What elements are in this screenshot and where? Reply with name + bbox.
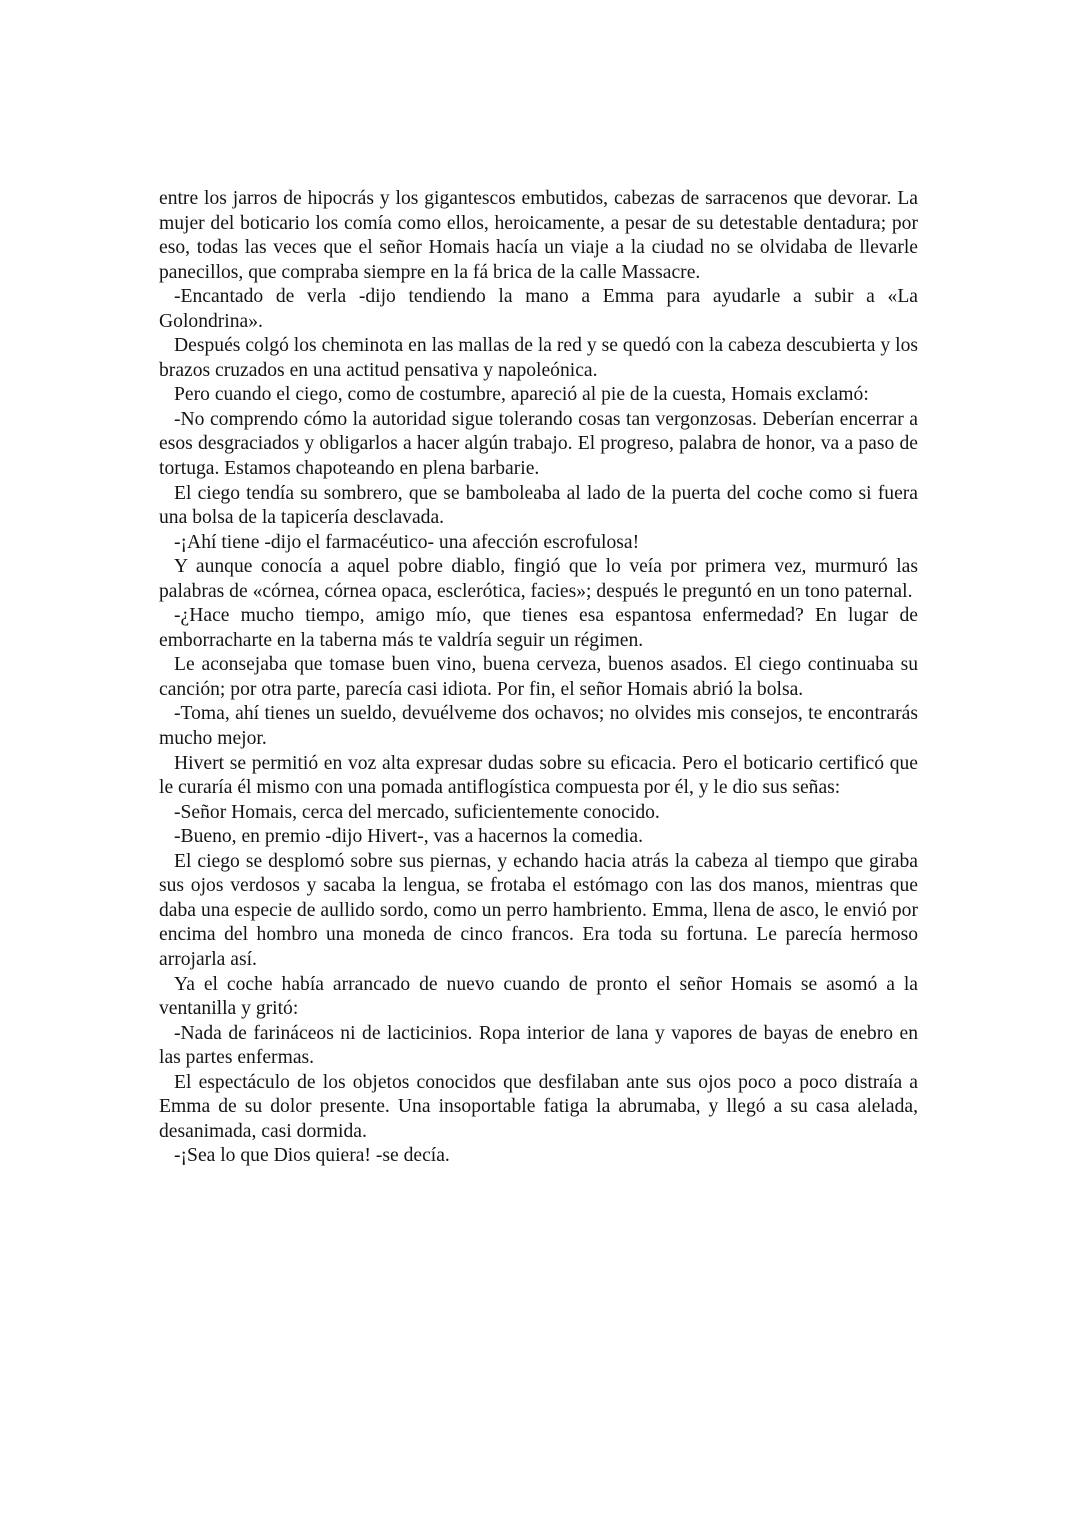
paragraph-dialogue: -No comprendo cómo la autoridad sigue to…: [159, 408, 918, 482]
paragraph: Y aunque conocía a aquel pobre diablo, f…: [159, 555, 918, 604]
paragraph-dialogue: -Bueno, en premio -dijo Hivert-, vas a h…: [159, 825, 918, 850]
paragraph-dialogue: -Encantado de verla -dijo tendiendo la m…: [159, 285, 918, 334]
paragraph: Le aconsejaba que tomase buen vino, buen…: [159, 653, 918, 702]
paragraph-dialogue: -¡Sea lo que Dios quiera! -se decía.: [159, 1144, 918, 1169]
paragraph-dialogue: -Señor Homais, cerca del mercado, sufici…: [159, 801, 918, 826]
document-page: entre los jarros de hipocrás y los gigan…: [159, 187, 918, 1169]
paragraph-dialogue: -Nada de farináceos ni de lacticinios. R…: [159, 1022, 918, 1071]
paragraph: El ciego tendía su sombrero, que se bamb…: [159, 482, 918, 531]
paragraph: El espectáculo de los objetos conocidos …: [159, 1071, 918, 1145]
paragraph-continuation: entre los jarros de hipocrás y los gigan…: [159, 187, 918, 285]
paragraph: Después colgó los cheminota en las malla…: [159, 334, 918, 383]
paragraph-dialogue: -¡Ahí tiene -dijo el farmacéutico- una a…: [159, 531, 918, 556]
paragraph-dialogue: -¿Hace mucho tiempo, amigo mío, que tien…: [159, 604, 918, 653]
paragraph: Ya el coche había arrancado de nuevo cua…: [159, 973, 918, 1022]
paragraph: El ciego se desplomó sobre sus piernas, …: [159, 850, 918, 973]
paragraph-dialogue: -Toma, ahí tienes un sueldo, devuélveme …: [159, 702, 918, 751]
paragraph: Hivert se permitió en voz alta expresar …: [159, 752, 918, 801]
paragraph: Pero cuando el ciego, como de costumbre,…: [159, 383, 918, 408]
